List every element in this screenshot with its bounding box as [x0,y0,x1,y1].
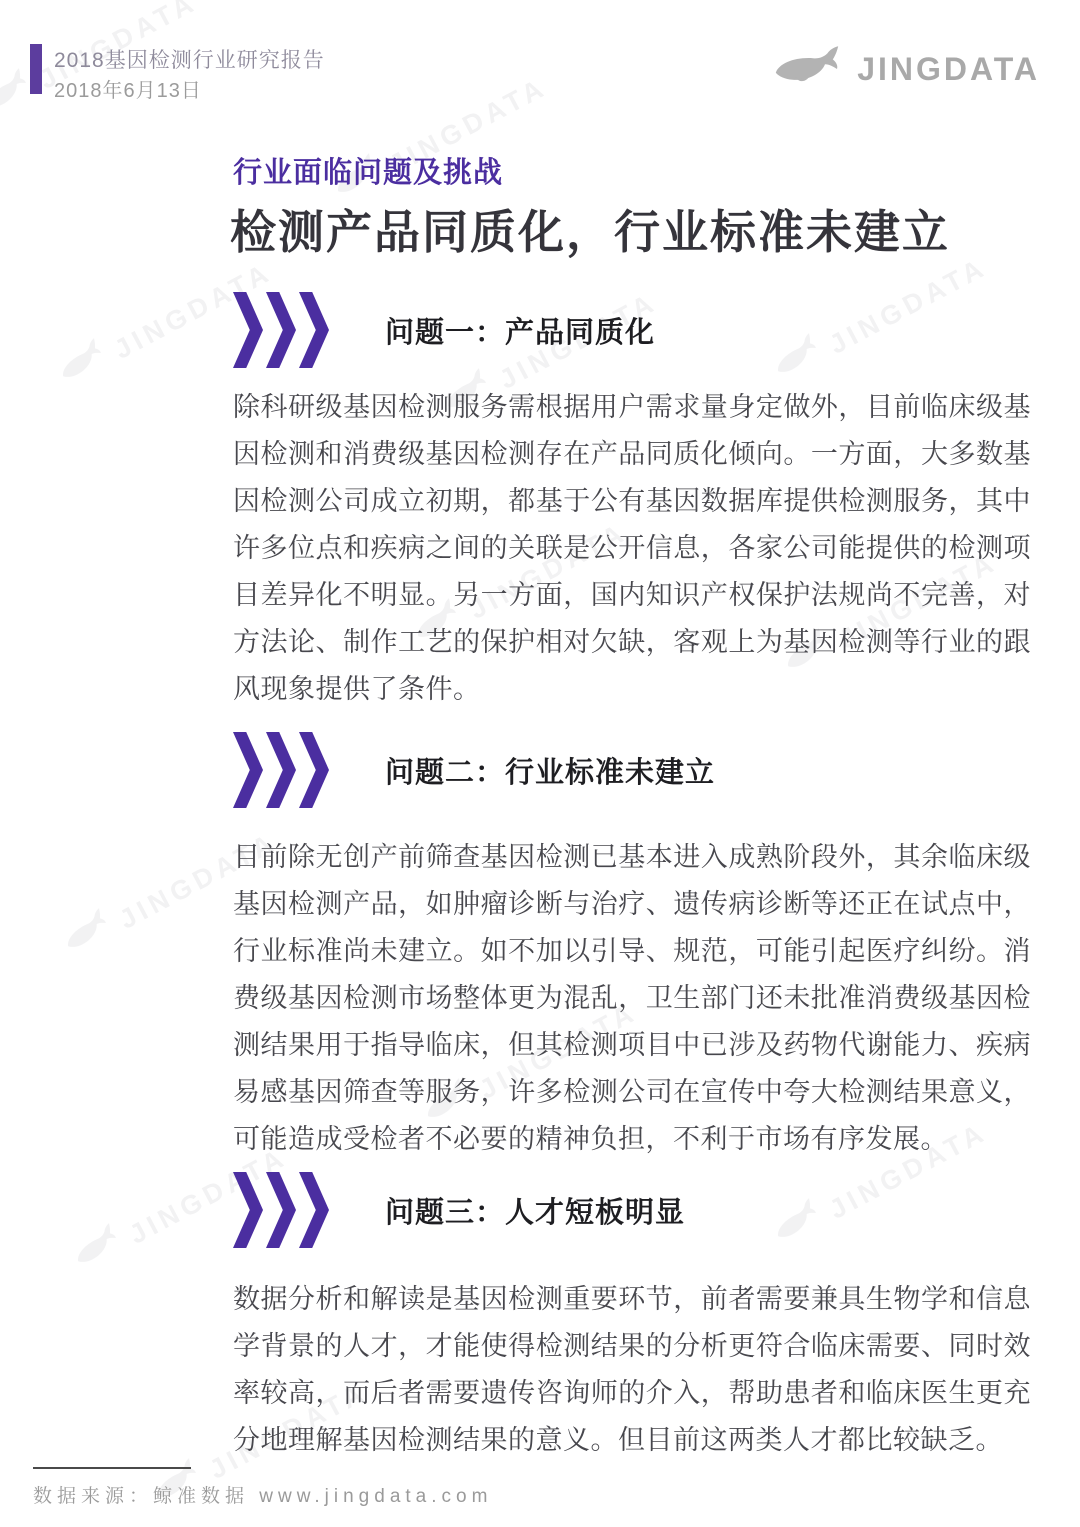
whale-icon [54,903,119,963]
watermark-text: JINGDATA [825,253,991,359]
chevron-right-icon [233,732,329,808]
page-title: 检测产品同质化，行业标准未建立 [230,196,950,262]
section-3-header: 问题三：人才短板明显 [233,1172,685,1248]
chevron-right-icon [266,292,296,368]
section-2-header: 问题二：行业标准未建立 [233,732,715,808]
section-1-title: 问题一：产品同质化 [385,310,655,351]
section-1-body: 除科研级基因检测服务需根据用户需求量身定做外，目前临床级基因检测和消费级基因检测… [233,384,1031,713]
jingdata-logo: JINGDATA [771,40,1040,98]
chevron-right-icon [299,732,329,808]
chevron-right-icon [233,1172,329,1248]
section-2-title: 问题二：行业标准未建立 [385,750,715,791]
whale-icon [64,1218,129,1278]
whale-icon [49,333,114,393]
whale-icon [771,40,843,98]
header-accent-bar [30,44,42,94]
chevron-right-icon [233,1172,263,1248]
chevron-right-icon [266,1172,296,1248]
footer-source: 数据来源：鲸准数据 www.jingdata.com [33,1481,492,1508]
chevron-right-icon [233,732,263,808]
chevron-right-icon [299,1172,329,1248]
section-3-body: 数据分析和解读是基因检测重要环节，前者需要兼具生物学和信息学背景的人才，才能使得… [233,1276,1031,1464]
chevron-right-icon [233,292,329,368]
logo-wordmark: JINGDATA [857,51,1040,88]
chevron-right-icon [233,292,263,368]
page-kicker: 行业面临问题及挑战 [233,150,503,191]
section-2-body: 目前除无创产前筛查基因检测已基本进入成熟阶段外，其余临床级基因检测产品，如肿瘤诊… [233,834,1031,1163]
report-page: JINGDATAJINGDATAJINGDATAJINGDATAJINGDATA… [0,0,1080,1527]
jingdata-watermark: JINGDATA [764,242,991,388]
report-title: 2018基因检测行业研究报告 [54,44,325,74]
chevron-right-icon [299,292,329,368]
section-3-title: 问题三：人才短板明显 [385,1190,685,1231]
footer-divider [33,1467,191,1469]
section-1-header: 问题一：产品同质化 [233,292,655,368]
whale-icon [764,328,829,388]
report-date: 2018年6月13日 [54,74,202,103]
chevron-right-icon [266,732,296,808]
whale-icon [764,1193,829,1253]
